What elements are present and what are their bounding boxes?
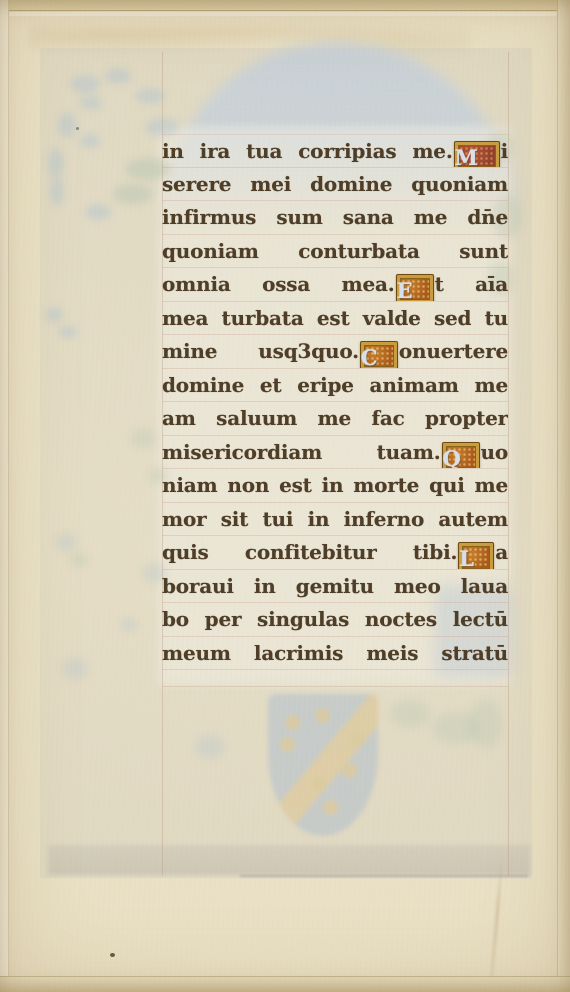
text-line-12: mor sit tui in inferno autem (162, 503, 508, 537)
manuscript-page: in ira tua corripias me.Miserere mei dom… (0, 0, 570, 992)
text-line-4: quoniam conturbata sunt (162, 235, 508, 269)
text-block: in ira tua corripias me.Miserere mei dom… (162, 134, 508, 670)
shield-roundel (350, 732, 365, 747)
page-bottom-edge (0, 976, 570, 992)
showthrough-coat-of-arms (268, 694, 378, 836)
shield-roundel (312, 777, 327, 792)
foliage-showthrough-blob (48, 148, 64, 178)
illuminated-initial-q: Q (442, 442, 480, 470)
foliage-showthrough-blob (390, 700, 430, 728)
foliage-showthrough-blob (80, 96, 102, 110)
ruling-line-below-text (162, 686, 508, 687)
foliage-showthrough-blob (120, 618, 138, 632)
foliage-showthrough-blob (58, 112, 76, 138)
text-line-2: serere mei domine quoniam (162, 168, 508, 202)
foliage-showthrough-blob (130, 428, 156, 448)
foliage-showthrough-blob (50, 178, 64, 206)
illuminated-initial-e: E (396, 274, 434, 302)
text-line-5: omnia ossa mea.Et aīa (162, 268, 508, 302)
page-top-edge (0, 0, 570, 11)
ruling-line-right (508, 52, 509, 876)
page-left-edge (0, 0, 9, 992)
text-line-10: misericordiam tuam.Quo (162, 436, 508, 470)
foliage-showthrough-blob (70, 553, 88, 567)
page-top-edge-highlight (0, 12, 570, 16)
foliage-showthrough-blob (55, 533, 77, 551)
shield-roundel (285, 715, 300, 730)
text-line-1: in ira tua corripias me.Mi (162, 134, 508, 168)
foliage-showthrough-blob (113, 184, 153, 204)
illuminated-initial-m: M (454, 141, 500, 168)
text-line-13: quis confitebitur tibi.La (162, 536, 508, 570)
shield-roundel (342, 763, 357, 778)
foliage-showthrough-blob (80, 134, 100, 148)
showthrough-border-band (48, 845, 530, 875)
text-line-14: boraui in gemitu meo laua (162, 570, 508, 604)
text-line-16: meum lacrimis meis stratū (162, 637, 508, 671)
page-right-edge (557, 0, 570, 992)
foliage-showthrough-blob (45, 308, 63, 322)
text-line-6: mea turbata est valde sed tu do (162, 302, 508, 336)
foliage-showthrough-blob (58, 326, 78, 338)
text-line-15: bo per singulas noctes lectū (162, 603, 508, 637)
foliage-showthrough-blob (85, 204, 111, 220)
shield-roundel (323, 800, 338, 815)
ink-speck (76, 127, 79, 130)
text-line-8: domine et eripe animam me (162, 369, 508, 403)
foliage-showthrough-blob (105, 68, 131, 84)
illuminated-initial-c: C (360, 341, 398, 369)
showthrough-border-edge (240, 875, 528, 877)
foliage-showthrough-blob (468, 700, 502, 748)
foliage-showthrough-blob (70, 75, 100, 93)
shield-roundel (315, 708, 330, 723)
text-line-7: mine usq3quo.Conuertere (162, 335, 508, 369)
ink-speck (110, 953, 115, 957)
foliage-showthrough-blob (62, 658, 88, 680)
text-line-11: niam non est in morte qui me (162, 469, 508, 503)
foliage-showthrough-blob (135, 88, 165, 104)
illuminated-initial-l: L (458, 542, 494, 570)
text-line-9: am saluum me fac propter (162, 402, 508, 436)
foliage-showthrough-blob (195, 735, 225, 759)
text-line-3: infirmus sum sana me dn̄e (162, 201, 508, 235)
shield-roundel (280, 737, 295, 752)
